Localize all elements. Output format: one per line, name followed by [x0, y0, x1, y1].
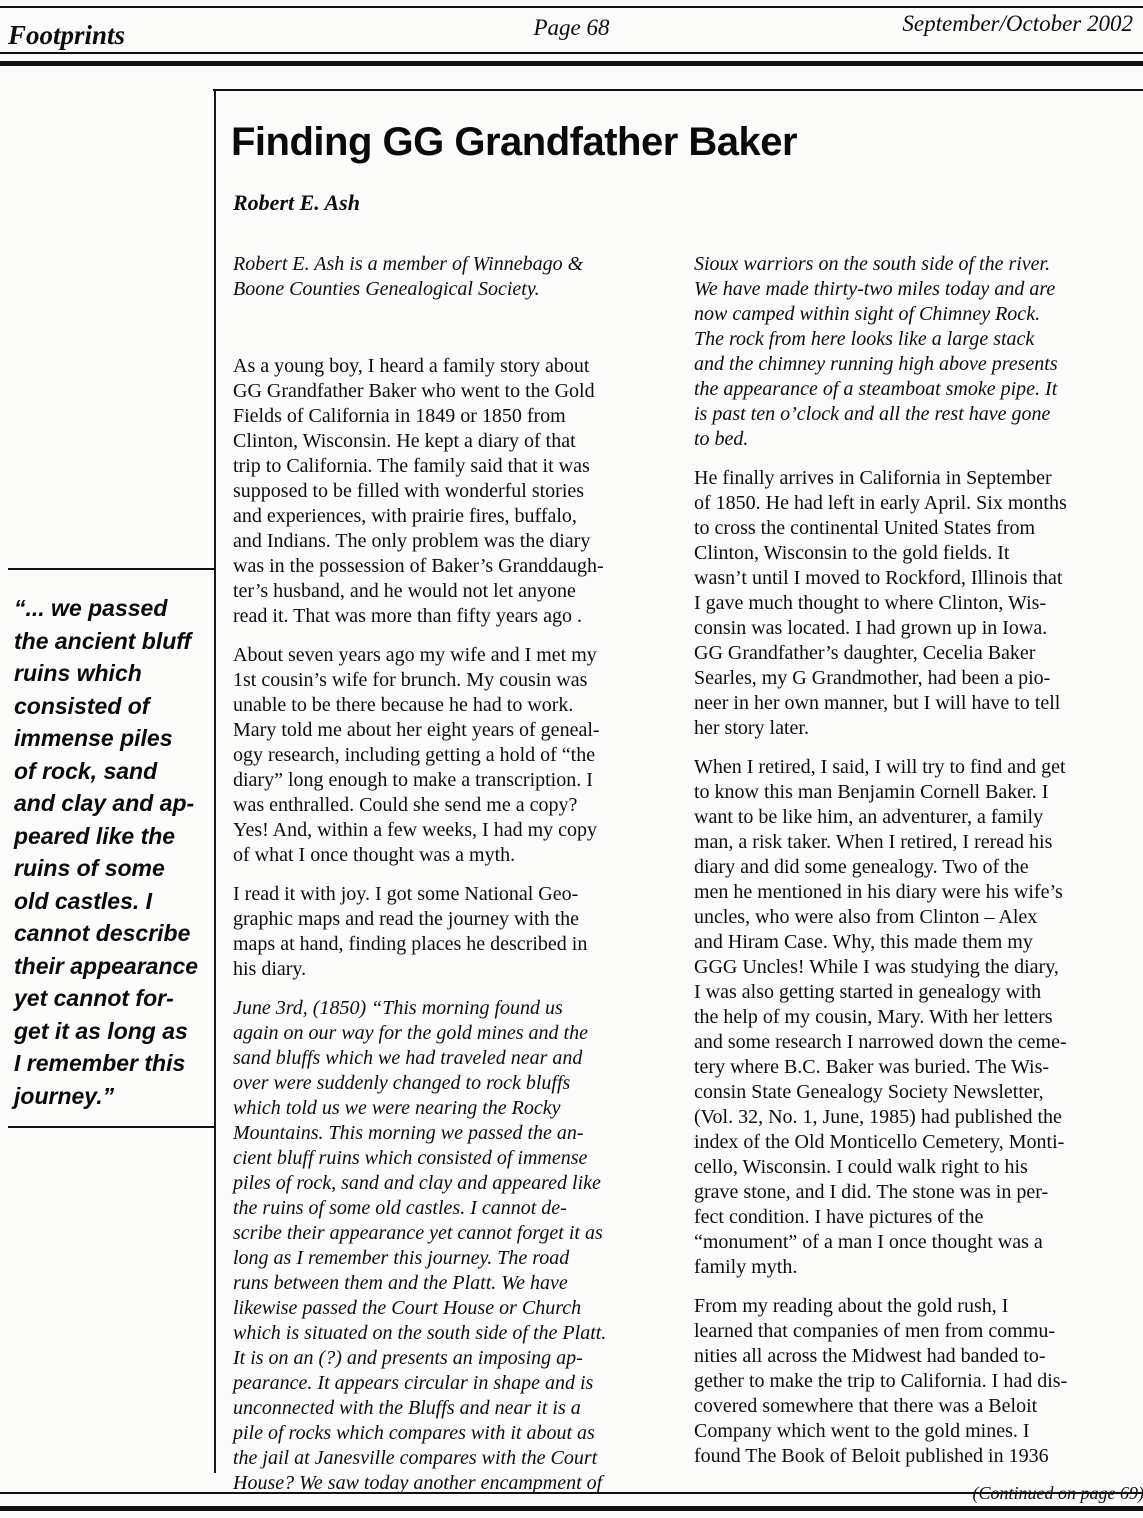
article-title: Finding GG Grandfather Baker — [231, 120, 797, 165]
article-column-right: Sioux warriors on the south side of the … — [694, 252, 1143, 1504]
header-top-rule — [0, 6, 1143, 8]
pull-quote-text: “... we passed the ancient bluff ruins w… — [14, 592, 222, 1112]
diary-excerpt: June 3rd, (1850) “This morning found us … — [233, 996, 703, 1496]
footer-rule-thick — [0, 1506, 1143, 1511]
issue-date: September/October 2002 — [902, 11, 1133, 37]
paragraph: I read it with joy. I got some National … — [233, 882, 703, 982]
header-rule-thick — [0, 61, 1143, 66]
pull-quote-bottom-rule — [8, 1126, 214, 1128]
pull-quote-top-rule — [8, 568, 214, 570]
article-top-rule — [213, 89, 1143, 91]
header-rule-thin — [0, 52, 1143, 54]
article-column-left: Robert E. Ash is a member of Winnebago &… — [233, 252, 703, 1510]
paragraph: When I retired, I said, I will try to fi… — [694, 755, 1143, 1280]
footer-rule-thin — [0, 1492, 1143, 1494]
paragraph: From my reading about the gold rush, I l… — [694, 1294, 1143, 1469]
author-note: Robert E. Ash is a member of Winnebago &… — [233, 252, 703, 302]
newsletter-page: Footprints Page 68 September/October 200… — [0, 0, 1143, 1518]
paragraph: About seven years ago my wife and I met … — [233, 643, 703, 868]
article-byline: Robert E. Ash — [233, 190, 360, 216]
paragraph: He finally arrives in California in Sept… — [694, 466, 1143, 741]
diary-excerpt-continued: Sioux warriors on the south side of the … — [694, 252, 1143, 452]
paragraph: As a young boy, I heard a family story a… — [233, 354, 703, 629]
